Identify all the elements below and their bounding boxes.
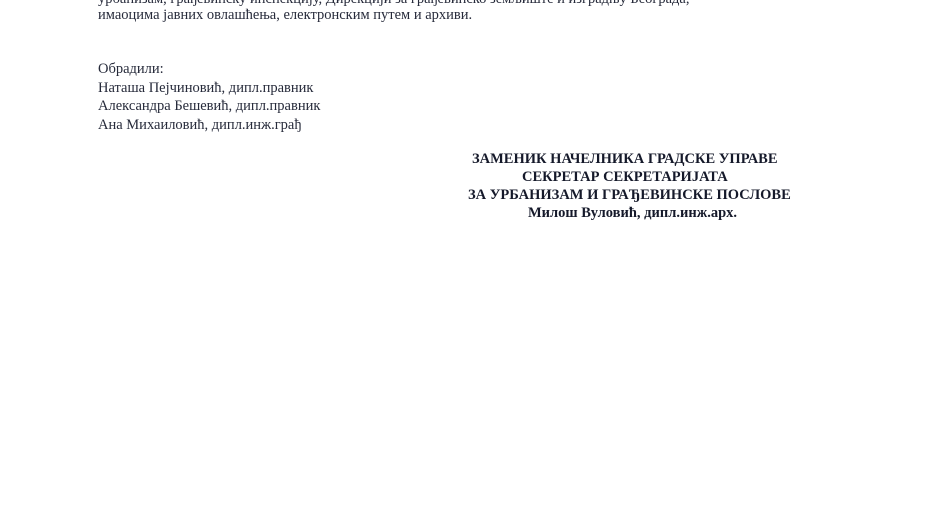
signatory-name: Милош Вуловић, дипл.инж.арх. — [462, 204, 862, 222]
prepared-by-block: Обрадили: Наташа Пејчиновић, дипл.правни… — [98, 60, 320, 134]
prepared-by-label: Обрадили: — [98, 60, 320, 79]
body-text-clipped-line: урбанизам, грађевинску инспекцију, Дирек… — [98, 0, 690, 7]
prepared-by-person: Александра Бешевић, дипл.правник — [98, 97, 320, 116]
signature-title-line-1: ЗАМЕНИК НАЧЕЛНИКА ГРАДСКЕ УПРАВЕ — [462, 150, 862, 168]
signature-title-line-2: СЕКРЕТАР СЕКРЕТАРИЈАТА — [462, 168, 862, 186]
signature-block: ЗАМЕНИК НАЧЕЛНИКА ГРАДСКЕ УПРАВЕ СЕКРЕТА… — [462, 150, 862, 222]
signature-title-line-3: ЗА УРБАНИЗАМ И ГРАЂЕВИНСКЕ ПОСЛОВЕ — [462, 186, 862, 204]
prepared-by-person: Наташа Пејчиновић, дипл.правник — [98, 79, 320, 98]
prepared-by-person: Ана Михаиловић, дипл.инж.грађ — [98, 116, 320, 135]
body-text-last-line: имаоцима јавних овлашћења, електронским … — [98, 7, 472, 23]
